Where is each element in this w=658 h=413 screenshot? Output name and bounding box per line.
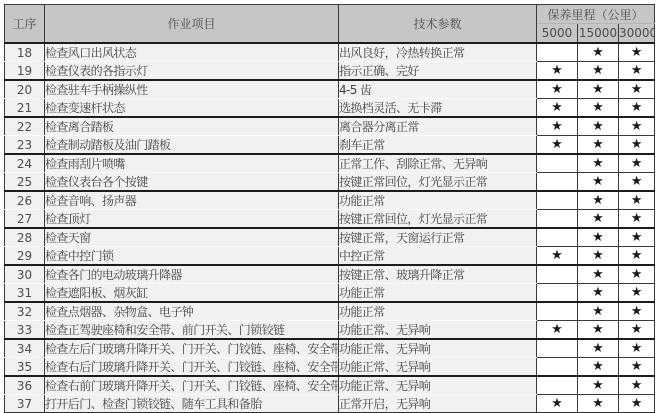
column-header-work-item: 作业项目 bbox=[45, 5, 339, 44]
process-number: 28 bbox=[5, 228, 45, 247]
table-row: 21 检查变速杆状态 选换档灵活、无卡滞 ★ ★ ★ bbox=[5, 99, 655, 118]
work-item: 检查右前门玻璃升降开关、门开关、门铰链、座椅、安全带 bbox=[45, 376, 339, 395]
table-row: 19 检查仪表的各指示灯 指示正确、完好 ★ ★ ★ bbox=[5, 62, 655, 81]
table-header: 工序 作业项目 技术参数 保养里程（公里） 5000 15000 30000 bbox=[5, 5, 655, 44]
mark-30000: ★ bbox=[619, 99, 655, 118]
mark-30000: ★ bbox=[619, 173, 655, 192]
process-number: 29 bbox=[5, 247, 45, 266]
process-number: 22 bbox=[5, 117, 45, 136]
process-number: 31 bbox=[5, 284, 45, 303]
table-row: 28 检查天窗 按键正常，天窗运行正常 ★ ★ bbox=[5, 228, 655, 247]
technical-parameter: 功能正常 bbox=[339, 302, 537, 321]
work-item: 检查变速杆状态 bbox=[45, 99, 339, 118]
mark-5000 bbox=[537, 191, 578, 210]
mark-5000 bbox=[537, 154, 578, 173]
technical-parameter: 指示正确、完好 bbox=[339, 62, 537, 81]
mark-15000: ★ bbox=[578, 321, 619, 340]
mark-15000: ★ bbox=[578, 154, 619, 173]
mark-30000: ★ bbox=[619, 228, 655, 247]
work-item: 检查仪表台各个按键 bbox=[45, 173, 339, 192]
process-number: 33 bbox=[5, 321, 45, 340]
work-item: 检查点烟器、杂物盒、电子钟 bbox=[45, 302, 339, 321]
work-item: 打开后门、检查门锁铰链、随车工具和备胎 bbox=[45, 395, 339, 413]
technical-parameter: 出风良好，冷热转换正常 bbox=[339, 43, 537, 62]
mark-15000: ★ bbox=[578, 80, 619, 99]
column-header-tech-params: 技术参数 bbox=[339, 5, 537, 44]
mark-5000: ★ bbox=[537, 247, 578, 266]
mark-15000: ★ bbox=[578, 136, 619, 155]
process-number: 24 bbox=[5, 154, 45, 173]
work-item: 检查顶灯 bbox=[45, 210, 339, 229]
column-header-mileage: 保养里程（公里） bbox=[537, 5, 655, 24]
mark-5000 bbox=[537, 339, 578, 358]
table-row: 24 检查雨刮片喷嘴 正常工作、刮除正常、无异响 ★ ★ bbox=[5, 154, 655, 173]
table-row: 32 检查点烟器、杂物盒、电子钟 功能正常 ★ ★ bbox=[5, 302, 655, 321]
technical-parameter: 正常开启，无异响 bbox=[339, 395, 537, 413]
technical-parameter: 功能正常 bbox=[339, 284, 537, 303]
mark-5000: ★ bbox=[537, 321, 578, 340]
table-row: 36 检查右前门玻璃升降开关、门开关、门铰链、座椅、安全带 功能正常、无异响 ★… bbox=[5, 376, 655, 395]
mark-15000: ★ bbox=[578, 376, 619, 395]
work-item: 检查遮阳板、烟灰缸 bbox=[45, 284, 339, 303]
table-body: 18 检查风口出风状态 出风良好，冷热转换正常 ★ ★ 19 检查仪表的各指示灯… bbox=[5, 43, 655, 413]
process-number: 36 bbox=[5, 376, 45, 395]
mark-5000 bbox=[537, 284, 578, 303]
mark-5000 bbox=[537, 173, 578, 192]
mark-15000: ★ bbox=[578, 191, 619, 210]
process-number: 32 bbox=[5, 302, 45, 321]
mark-30000: ★ bbox=[619, 43, 655, 62]
mark-5000 bbox=[537, 302, 578, 321]
mark-15000: ★ bbox=[578, 210, 619, 229]
process-number: 20 bbox=[5, 80, 45, 99]
mark-15000: ★ bbox=[578, 62, 619, 81]
technical-parameter: 功能正常、无异响 bbox=[339, 376, 537, 395]
mark-30000: ★ bbox=[619, 62, 655, 81]
mark-30000: ★ bbox=[619, 376, 655, 395]
mark-5000 bbox=[537, 265, 578, 284]
column-header-30000: 30000 bbox=[619, 24, 655, 44]
mark-15000: ★ bbox=[578, 302, 619, 321]
mark-30000: ★ bbox=[619, 302, 655, 321]
technical-parameter: 按键正常、玻璃升降正常 bbox=[339, 265, 537, 284]
table-row: 31 检查遮阳板、烟灰缸 功能正常 ★ ★ bbox=[5, 284, 655, 303]
work-item: 检查驻车手柄操纵性 bbox=[45, 80, 339, 99]
mark-15000: ★ bbox=[578, 43, 619, 62]
table-row: 33 检查正驾驶座椅和安全带、前门开关、门锁铰链 功能正常、无异响 ★ ★ ★ bbox=[5, 321, 655, 340]
mark-15000: ★ bbox=[578, 265, 619, 284]
mark-5000 bbox=[537, 43, 578, 62]
work-item: 检查音响、扬声器 bbox=[45, 191, 339, 210]
mark-5000: ★ bbox=[537, 80, 578, 99]
work-item: 检查离合踏板 bbox=[45, 117, 339, 136]
table-row: 22 检查离合踏板 离合器分离正常 ★ ★ ★ bbox=[5, 117, 655, 136]
mark-15000: ★ bbox=[578, 173, 619, 192]
process-number: 30 bbox=[5, 265, 45, 284]
mark-30000: ★ bbox=[619, 395, 655, 413]
mark-5000: ★ bbox=[537, 117, 578, 136]
mark-5000 bbox=[537, 376, 578, 395]
technical-parameter: 功能正常、无异响 bbox=[339, 321, 537, 340]
process-number: 18 bbox=[5, 43, 45, 62]
process-number: 35 bbox=[5, 358, 45, 377]
table-row: 20 检查驻车手柄操纵性 4-5 齿 ★ ★ ★ bbox=[5, 80, 655, 99]
table-row: 18 检查风口出风状态 出风良好，冷热转换正常 ★ ★ bbox=[5, 43, 655, 62]
technical-parameter: 按键正常，天窗运行正常 bbox=[339, 228, 537, 247]
process-number: 25 bbox=[5, 173, 45, 192]
mark-30000: ★ bbox=[619, 154, 655, 173]
work-item: 检查左后门玻璃升降开关、门开关、门铰链、座椅、安全带 bbox=[45, 339, 339, 358]
table-row: 27 检查顶灯 按键正常回位，灯光显示正常 ★ ★ bbox=[5, 210, 655, 229]
mark-15000: ★ bbox=[578, 228, 619, 247]
table-row: 30 检查各门的电动玻璃升降器 按键正常、玻璃升降正常 ★ ★ bbox=[5, 265, 655, 284]
mark-30000: ★ bbox=[619, 284, 655, 303]
maintenance-checklist-table: 工序 作业项目 技术参数 保养里程（公里） 5000 15000 30000 1… bbox=[4, 4, 655, 413]
mark-30000: ★ bbox=[619, 117, 655, 136]
mark-30000: ★ bbox=[619, 339, 655, 358]
work-item: 检查天窗 bbox=[45, 228, 339, 247]
work-item: 检查中控门锁 bbox=[45, 247, 339, 266]
mark-15000: ★ bbox=[578, 358, 619, 377]
mark-15000: ★ bbox=[578, 339, 619, 358]
technical-parameter: 选换档灵活、无卡滞 bbox=[339, 99, 537, 118]
process-number: 34 bbox=[5, 339, 45, 358]
mark-30000: ★ bbox=[619, 136, 655, 155]
work-item: 检查风口出风状态 bbox=[45, 43, 339, 62]
maintenance-checklist-page: 工序 作业项目 技术参数 保养里程（公里） 5000 15000 30000 1… bbox=[0, 0, 658, 413]
mark-5000: ★ bbox=[537, 136, 578, 155]
table-row: 25 检查仪表台各个按键 按键正常回位，灯光显示正常 ★ ★ bbox=[5, 173, 655, 192]
work-item: 检查雨刮片喷嘴 bbox=[45, 154, 339, 173]
mark-30000: ★ bbox=[619, 265, 655, 284]
process-number: 27 bbox=[5, 210, 45, 229]
table-row: 35 检查右后门玻璃升降开关、门开关、门铰链、座椅、安全带 功能正常、无异响 ★… bbox=[5, 358, 655, 377]
mark-30000: ★ bbox=[619, 80, 655, 99]
technical-parameter: 按键正常回位，灯光显示正常 bbox=[339, 210, 537, 229]
mark-5000: ★ bbox=[537, 62, 578, 81]
mark-30000: ★ bbox=[619, 191, 655, 210]
column-header-process: 工序 bbox=[5, 5, 45, 44]
mark-15000: ★ bbox=[578, 99, 619, 118]
mark-15000: ★ bbox=[578, 395, 619, 413]
technical-parameter: 刹车正常 bbox=[339, 136, 537, 155]
mark-15000: ★ bbox=[578, 117, 619, 136]
work-item: 检查正驾驶座椅和安全带、前门开关、门锁铰链 bbox=[45, 321, 339, 340]
mark-15000: ★ bbox=[578, 247, 619, 266]
process-number: 37 bbox=[5, 395, 45, 413]
table-row: 34 检查左后门玻璃升降开关、门开关、门铰链、座椅、安全带 功能正常、无异响 ★… bbox=[5, 339, 655, 358]
mark-30000: ★ bbox=[619, 210, 655, 229]
process-number: 23 bbox=[5, 136, 45, 155]
mark-5000 bbox=[537, 358, 578, 377]
technical-parameter: 功能正常、无异响 bbox=[339, 339, 537, 358]
technical-parameter: 功能正常 bbox=[339, 191, 537, 210]
mark-5000: ★ bbox=[537, 395, 578, 413]
table-row: 37 打开后门、检查门锁铰链、随车工具和备胎 正常开启，无异响 ★ ★ ★ bbox=[5, 395, 655, 413]
work-item: 检查右后门玻璃升降开关、门开关、门铰链、座椅、安全带 bbox=[45, 358, 339, 377]
technical-parameter: 按键正常回位，灯光显示正常 bbox=[339, 173, 537, 192]
mark-5000 bbox=[537, 228, 578, 247]
column-header-5000: 5000 bbox=[537, 24, 578, 44]
column-header-15000: 15000 bbox=[578, 24, 619, 44]
mark-5000: ★ bbox=[537, 99, 578, 118]
technical-parameter: 功能正常、无异响 bbox=[339, 358, 537, 377]
table-row: 23 检查制动踏板及油门踏板 刹车正常 ★ ★ ★ bbox=[5, 136, 655, 155]
table-row: 26 检查音响、扬声器 功能正常 ★ ★ bbox=[5, 191, 655, 210]
mark-5000 bbox=[537, 210, 578, 229]
mark-30000: ★ bbox=[619, 321, 655, 340]
mark-30000: ★ bbox=[619, 358, 655, 377]
process-number: 21 bbox=[5, 99, 45, 118]
work-item: 检查仪表的各指示灯 bbox=[45, 62, 339, 81]
work-item: 检查各门的电动玻璃升降器 bbox=[45, 265, 339, 284]
technical-parameter: 正常工作、刮除正常、无异响 bbox=[339, 154, 537, 173]
table-row: 29 检查中控门锁 中控正常 ★ ★ ★ bbox=[5, 247, 655, 266]
mark-30000: ★ bbox=[619, 247, 655, 266]
process-number: 26 bbox=[5, 191, 45, 210]
mark-15000: ★ bbox=[578, 284, 619, 303]
technical-parameter: 4-5 齿 bbox=[339, 80, 537, 99]
technical-parameter: 中控正常 bbox=[339, 247, 537, 266]
technical-parameter: 离合器分离正常 bbox=[339, 117, 537, 136]
process-number: 19 bbox=[5, 62, 45, 81]
work-item: 检查制动踏板及油门踏板 bbox=[45, 136, 339, 155]
